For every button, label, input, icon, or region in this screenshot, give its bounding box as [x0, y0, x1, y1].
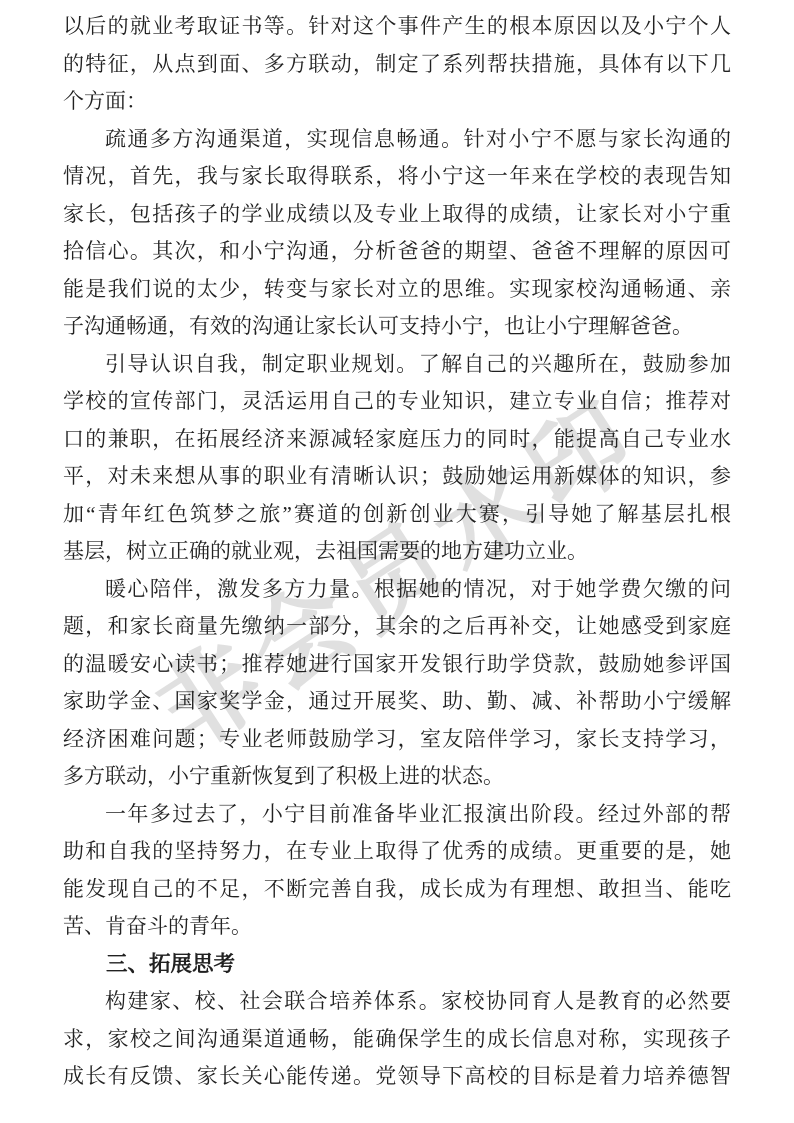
text-line: 家长，包括孩子的学业成绩以及专业上取得的成绩，让家长对小宁重 — [63, 196, 731, 234]
text-line: 子沟通畅通，有效的沟通让家长认可支持小宁，也让小宁理解爸爸。 — [63, 308, 731, 346]
text-line: 引导认识自我，制定职业规划。了解自己的兴趣所在，鼓励参加 — [63, 346, 731, 384]
text-line: 平，对未来想从事的职业有清晰认识；鼓励她运用新媒体的知识，参 — [63, 458, 731, 496]
text-line: 苦、肯奋斗的青年。 — [63, 908, 731, 946]
text-line: 能是我们说的太少，转变与家长对立的思维。实现家校沟通畅通、亲 — [63, 271, 731, 309]
text-line: 以后的就业考取证书等。针对这个事件产生的根本原因以及小宁个人 — [63, 8, 731, 46]
text-line: 口的兼职，在拓展经济来源减轻家庭压力的同时，能提高自己专业水 — [63, 421, 731, 459]
text-line: 求，家校之间沟通渠道通畅，能确保学生的成长信息对称，实现孩子 — [63, 1021, 731, 1059]
text-line: 基层，树立正确的就业观，去祖国需要的地方建功立业。 — [63, 533, 731, 571]
text-line: 的温暖安心读书；推荐她进行国家开发银行助学贷款，鼓励她参评国 — [63, 646, 731, 684]
text-line: 成长有反馈、家长关心能传递。党领导下高校的目标是着力培养德智 — [63, 1058, 731, 1096]
text-line: 情况，首先，我与家长取得联系，将小宁这一年来在学校的表现告知 — [63, 158, 731, 196]
text-line: 拾信心。其次，和小宁沟通，分析爸爸的期望、爸爸不理解的原因可 — [63, 233, 731, 271]
text-line: 的特征，从点到面、多方联动，制定了系列帮扶措施，具体有以下几 — [63, 46, 731, 84]
text-line: 题，和家长商量先缴纳一部分，其余的之后再补交，让她感受到家庭 — [63, 608, 731, 646]
text-line: 经济困难问题；专业老师鼓励学习，室友陪伴学习，家长支持学习， — [63, 721, 731, 759]
text-line: 能发现自己的不足，不断完善自我，成长成为有理想、敢担当、能吃 — [63, 871, 731, 909]
text-line: 家助学金、国家奖学金，通过开展奖、助、勤、减、补帮助小宁缓解 — [63, 683, 731, 721]
text-line: 一年多过去了，小宁目前准备毕业汇报演出阶段。经过外部的帮 — [63, 796, 731, 834]
text-line: 多方联动，小宁重新恢复到了积极上进的状态。 — [63, 758, 731, 796]
text-line: 助和自我的坚持努力，在专业上取得了优秀的成绩。更重要的是，她 — [63, 833, 731, 871]
document-page: 非会员水印 以后的就业考取证书等。针对这个事件产生的根本原因以及小宁个人的特征，… — [0, 0, 794, 1123]
section-heading: 三、拓展思考 — [63, 946, 731, 984]
text-line: 暖心陪伴，激发多方力量。根据她的情况，对于她学费欠缴的问 — [63, 571, 731, 609]
text-line: 学校的宣传部门，灵活运用自己的专业知识，建立专业自信；推荐对 — [63, 383, 731, 421]
text-line: 疏通多方沟通渠道，实现信息畅通。针对小宁不愿与家长沟通的 — [63, 121, 731, 159]
text-line: 加“青年红色筑梦之旅”赛道的创新创业大赛，引导她了解基层扎根 — [63, 496, 731, 534]
text-line: 个方面： — [63, 83, 731, 121]
document-body: 以后的就业考取证书等。针对这个事件产生的根本原因以及小宁个人的特征，从点到面、多… — [63, 8, 731, 1096]
text-line: 构建家、校、社会联合培养体系。家校协同育人是教育的必然要 — [63, 983, 731, 1021]
